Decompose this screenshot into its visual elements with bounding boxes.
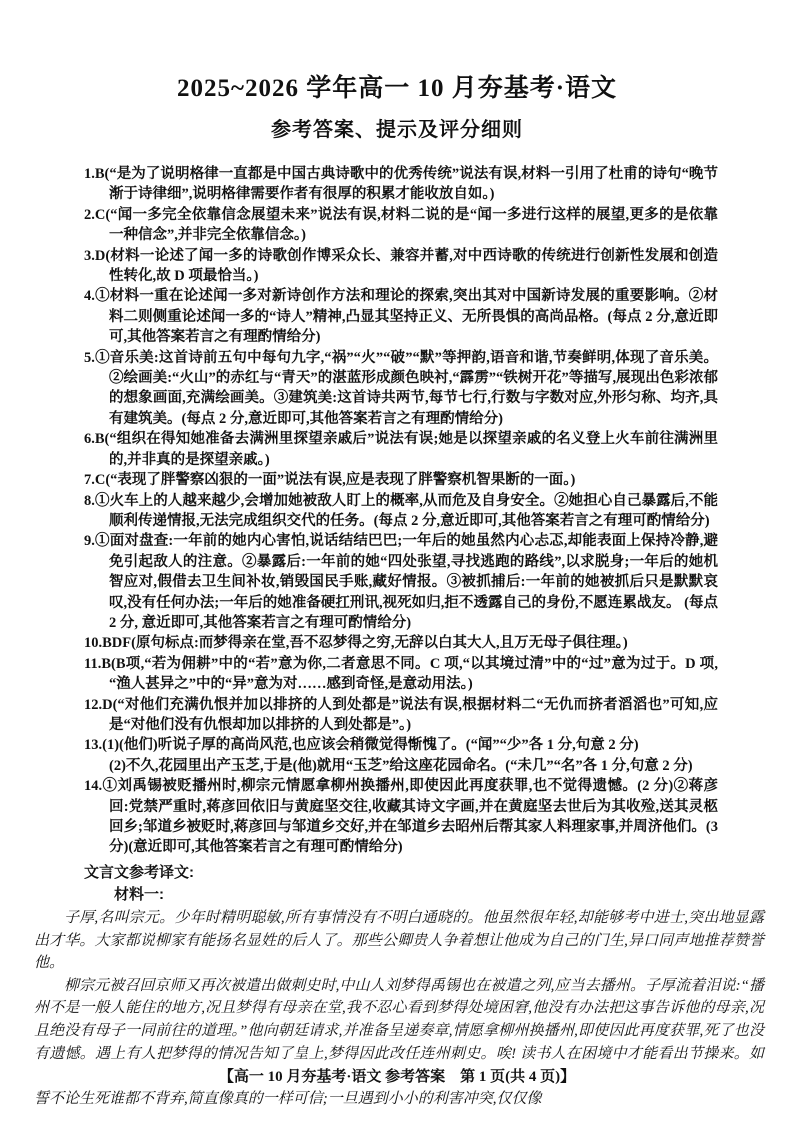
answer-item: 11.B(B项,“若为佣耕”中的“若”意为你,二者意思不同。C 项,“以其境过清… xyxy=(84,654,718,695)
document-page: 2025~2026 学年高一 10 月夯基考·语文 参考答案、提示及评分细则 1… xyxy=(0,0,794,1122)
title-block: 2025~2026 学年高一 10 月夯基考·语文 参考答案、提示及评分细则 xyxy=(0,0,794,142)
translation-paragraph: 子厚,名叫宗元。少年时精明聪敏,所有事情没有不明白通晓的。他虽然很年轻,却能够考… xyxy=(34,907,764,975)
answer-item-text: 1.B(“是为了说明格律一直都是中国古典诗歌中的优秀传统”说法有误,材料一引用了… xyxy=(84,164,718,205)
answer-item: 2.C(“闻一多完全依靠信念展望未来”说法有误,材料二说的是“闻一多进行这样的展… xyxy=(84,205,718,246)
answer-item: 12.D(“对他们充满仇恨并加以排挤的人到处都是”说法有误,根据材料二“无仇而挤… xyxy=(84,695,718,736)
item-number: 13. xyxy=(84,737,102,753)
answer-item: 10.BDF(原句标点:而梦得亲在堂,吾不忍梦得之穷,无辞以白其大人,且万无母子… xyxy=(84,633,718,653)
item-number: 2. xyxy=(84,207,95,223)
translation-paragraph: 柳宗元被召回京师又再次被遣出做刺史时,中山人刘梦得禹锡也在被遣之列,应当去播州。… xyxy=(34,975,764,1111)
item-number: 11. xyxy=(84,656,101,672)
item-number: 9. xyxy=(84,533,95,549)
answer-item: 14.①刘禹锡被贬播州时,柳宗元情愿拿柳州换播州,即使因此再度获罪,也不觉得遗憾… xyxy=(84,776,718,858)
item-number: 3. xyxy=(84,248,95,264)
item-number: 5. xyxy=(84,350,95,366)
answer-item-subpart: (2)不久,花园里出产玉芝,于是(他)就用“玉芝”给这座花园命名。(“未几”“名… xyxy=(84,756,718,776)
answer-item: 1.B(“是为了说明格律一直都是中国古典诗歌中的优秀传统”说法有误,材料一引用了… xyxy=(84,164,718,205)
answer-item: 6.B(“组织在得知她准备去满洲里探望亲戚后”说法有误;她是以探望亲戚的名义登上… xyxy=(84,429,718,470)
page-footer: 【高一 10 月夯基考·语文 参考答案 第 1 页(共 4 页)】 xyxy=(0,1061,794,1086)
answer-item-text: 6.B(“组织在得知她准备去满洲里探望亲戚后”说法有误;她是以探望亲戚的名义登上… xyxy=(84,429,718,470)
answer-item: 8.①火车上的人越来越少,会增加她被敌人盯上的概率,从而危及自身安全。②她担心自… xyxy=(84,491,718,532)
item-number: 10. xyxy=(84,635,102,651)
answer-list: 1.B(“是为了说明格律一直都是中国古典诗歌中的优秀传统”说法有误,材料一引用了… xyxy=(84,164,718,858)
answer-item-text: 7.C(“表现了胖警察凶狠的一面”说法有误,应是表现了胖警察机智果断的一面。) xyxy=(84,470,718,490)
answer-item: 13.(1)(他们)听说子厚的高尚风范,也应该会稍微觉得惭愧了。(“闻”“少”各… xyxy=(84,735,718,776)
answer-item: 5.①音乐美:这首诗前五句中每句九字,“祸”“火”“破”“默”等押韵,语音和谐,… xyxy=(84,348,718,430)
answer-item-text: 8.①火车上的人越来越少,会增加她被敌人盯上的概率,从而危及自身安全。②她担心自… xyxy=(84,491,718,532)
item-number: 8. xyxy=(84,493,95,509)
answer-item-text: 10.BDF(原句标点:而梦得亲在堂,吾不忍梦得之穷,无辞以白其大人,且万无母子… xyxy=(84,633,718,653)
answer-item-text: 12.D(“对他们充满仇恨并加以排挤的人到处都是”说法有误,根据材料二“无仇而挤… xyxy=(84,695,718,736)
answer-item-text: 4.①材料一重在论述闻一多对新诗创作方法和理论的探索,突出其对中国新诗发展的重要… xyxy=(84,286,718,347)
item-number: 14. xyxy=(84,778,102,794)
answer-item-text: 9.①面对盘查:一年前的她内心害怕,说话结结巴巴;一年后的她虽然内心忐忑,却能表… xyxy=(84,531,718,633)
item-number: 7. xyxy=(84,472,95,488)
item-number: 1. xyxy=(84,166,95,182)
item-number: 6. xyxy=(84,431,95,447)
answer-item-text: 13.(1)(他们)听说子厚的高尚风范,也应该会稍微觉得惭愧了。(“闻”“少”各… xyxy=(84,735,718,755)
item-number: 4. xyxy=(84,288,95,304)
answer-item-text: 5.①音乐美:这首诗前五句中每句九字,“祸”“火”“破”“默”等押韵,语音和谐,… xyxy=(84,348,718,430)
item-number: 12. xyxy=(84,697,102,713)
answer-item: 9.①面对盘查:一年前的她内心害怕,说话结结巴巴;一年后的她虽然内心忐忑,却能表… xyxy=(84,531,718,633)
answer-item-text: 14.①刘禹锡被贬播州时,柳宗元情愿拿柳州换播州,即使因此再度获罪,也不觉得遗憾… xyxy=(84,776,718,858)
answer-item: 4.①材料一重在论述闻一多对新诗创作方法和理论的探索,突出其对中国新诗发展的重要… xyxy=(84,286,718,347)
page-subtitle: 参考答案、提示及评分细则 xyxy=(0,113,794,142)
answer-item: 3.D(材料一论述了闻一多的诗歌创作博采众长、兼容并蓄,对中西诗歌的传统进行创新… xyxy=(84,246,718,287)
material-label: 材料一: xyxy=(114,884,764,907)
page-title: 2025~2026 学年高一 10 月夯基考·语文 xyxy=(0,68,794,104)
translation-heading: 文言文参考译文: xyxy=(84,862,764,885)
answer-item-text: 11.B(B项,“若为佣耕”中的“若”意为你,二者意思不同。C 项,“以其境过清… xyxy=(84,654,718,695)
answer-item: 7.C(“表现了胖警察凶狠的一面”说法有误,应是表现了胖警察机智果断的一面。) xyxy=(84,470,718,490)
answer-item-text: 2.C(“闻一多完全依靠信念展望未来”说法有误,材料二说的是“闻一多进行这样的展… xyxy=(84,205,718,246)
answer-item-text: 3.D(材料一论述了闻一多的诗歌创作博采众长、兼容并蓄,对中西诗歌的传统进行创新… xyxy=(84,246,718,287)
